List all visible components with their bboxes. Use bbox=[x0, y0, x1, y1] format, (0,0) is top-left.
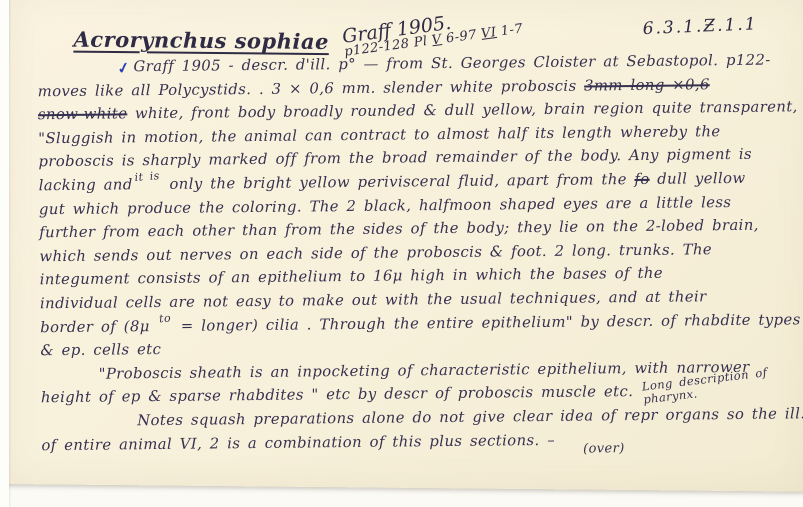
over-note: (over) bbox=[583, 437, 625, 461]
struck-text: 3mm long ×0,6 bbox=[584, 76, 710, 94]
line-text: Graff 1905 - descr. d'ill. p° — from St.… bbox=[133, 52, 770, 76]
line-text: lacking and bbox=[39, 176, 133, 194]
line-text: individual cells are not easy to make ou… bbox=[40, 288, 707, 312]
inserted-text: it is bbox=[134, 164, 161, 190]
scanned-page: 6.3.1.Ƶ.1.1 Acrorynchus sophiaeGraff 190… bbox=[0, 0, 803, 507]
line-text: further from each other than from the si… bbox=[39, 217, 759, 242]
line-text: integument consists of an epithelium to … bbox=[40, 265, 663, 289]
reference-figures-2: 1-7 bbox=[496, 22, 524, 40]
line-text: dull yellow bbox=[650, 170, 746, 188]
line-text: moves like all Polycystids. . 3 × 0,6 mm… bbox=[38, 77, 585, 100]
scan-edge bbox=[0, 0, 9, 507]
species-title: Acrorynchus sophiae bbox=[73, 27, 329, 54]
line-text: & ep. cells etc bbox=[40, 341, 161, 359]
struck-text: snow-white bbox=[38, 106, 128, 124]
line-text: height of ep & sparse rhabdites " etc by… bbox=[41, 383, 634, 406]
index-card: 6.3.1.Ƶ.1.1 Acrorynchus sophiaeGraff 190… bbox=[5, 0, 803, 492]
inserted-text: to bbox=[158, 306, 172, 330]
line-text: "Sluggish in motion, the animal can cont… bbox=[38, 123, 721, 147]
struck-text: fo bbox=[634, 171, 649, 188]
line-text: gut which produce the coloring. The 2 bl… bbox=[39, 194, 732, 218]
note-body: Graff 1905 - descr. d'ill. p° — from St.… bbox=[37, 48, 803, 457]
line-text: which sends out nerves on each side of t… bbox=[39, 241, 712, 265]
line-text: of entire animal VI, 2 is a combination … bbox=[41, 431, 555, 453]
line-text: Notes squash preparations alone do not g… bbox=[137, 405, 803, 429]
line-text: only the bright yellow perivisceral flui… bbox=[162, 171, 635, 193]
line-text: border of (8μ bbox=[40, 318, 157, 336]
line-text: white, front body broadly rounded & dull… bbox=[127, 98, 798, 122]
line-text: = longer) cilia . Through the entire epi… bbox=[173, 311, 801, 335]
catalog-number: 6.3.1.Ƶ.1.1 bbox=[642, 14, 758, 39]
